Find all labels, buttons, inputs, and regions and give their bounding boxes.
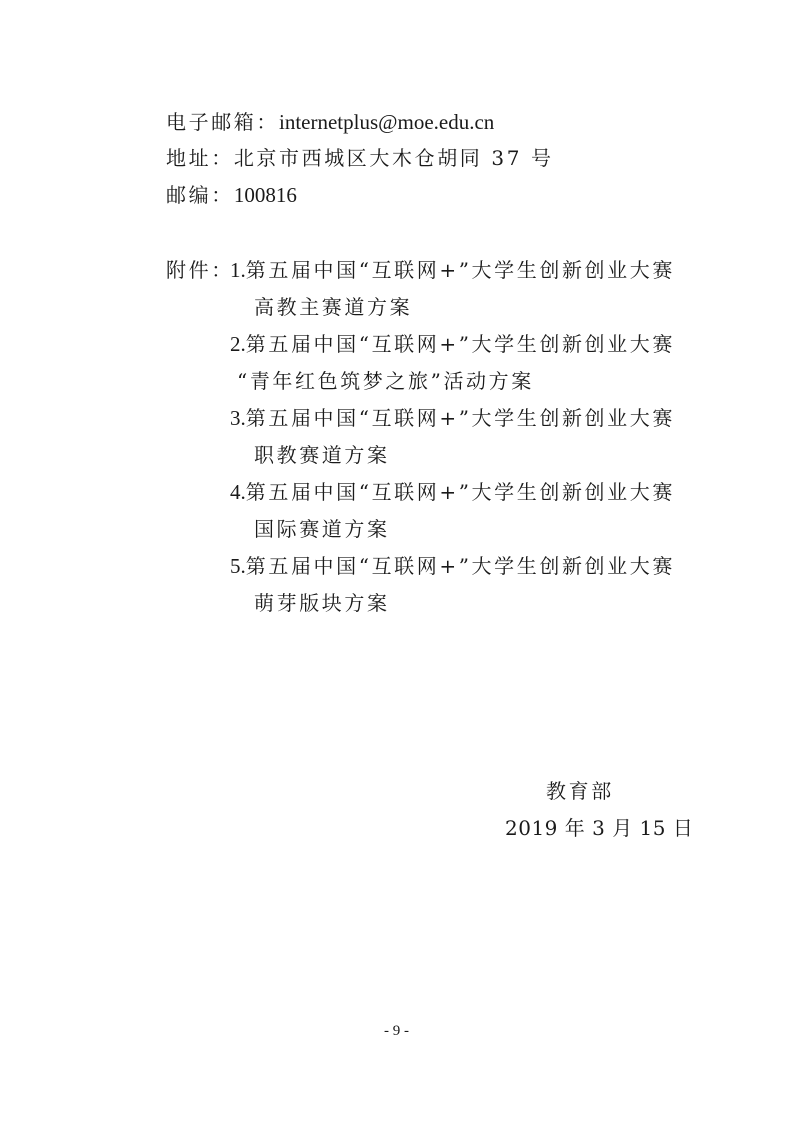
attachment-5-number: 5.	[230, 554, 246, 578]
attachment-5-title: 5.第五届中国“互联网+”大学生创新创业大赛	[230, 554, 675, 578]
address-line: 地址：北京市西城区大木仓胡同 37 号	[166, 146, 554, 170]
attachment-1-title: 1.第五届中国“互联网+”大学生创新创业大赛	[230, 258, 675, 282]
issuer-name: 教育部	[546, 779, 614, 803]
attachment-5-subtitle: 萌芽版块方案	[254, 591, 390, 615]
attachment-3-number: 3.	[230, 406, 246, 430]
page-number: - 9 -	[0, 1023, 793, 1040]
attachment-3-title: 3.第五届中国“互联网+”大学生创新创业大赛	[230, 406, 675, 430]
attachment-2-number: 2.	[230, 332, 246, 356]
attachment-1-number: 1.	[230, 258, 246, 282]
attachment-2-title: 2.第五届中国“互联网+”大学生创新创业大赛	[230, 332, 675, 356]
email-label: 电子邮箱：	[166, 110, 279, 134]
issue-date: 2019 年 3 月 15 日	[505, 816, 693, 840]
address-label: 地址：	[166, 146, 234, 170]
email-line: 电子邮箱：internetplus@moe.edu.cn	[166, 110, 494, 134]
postcode-line: 邮编：100816	[166, 183, 297, 207]
email-value: internetplus@moe.edu.cn	[279, 110, 494, 134]
attachment-3-subtitle: 职教赛道方案	[254, 443, 390, 467]
attachment-1-subtitle: 高教主赛道方案	[254, 295, 412, 319]
attachments-label: 附件：	[166, 258, 234, 282]
attachment-4-number: 4.	[230, 480, 246, 504]
attachment-4-subtitle: 国际赛道方案	[254, 517, 390, 541]
postcode-label: 邮编：	[166, 183, 234, 207]
attachment-2-subtitle: “青年红色筑梦之旅”活动方案	[237, 369, 534, 393]
postcode-value: 100816	[234, 183, 297, 207]
address-value: 北京市西城区大木仓胡同 37 号	[234, 146, 554, 170]
attachment-4-title: 4.第五届中国“互联网+”大学生创新创业大赛	[230, 480, 675, 504]
